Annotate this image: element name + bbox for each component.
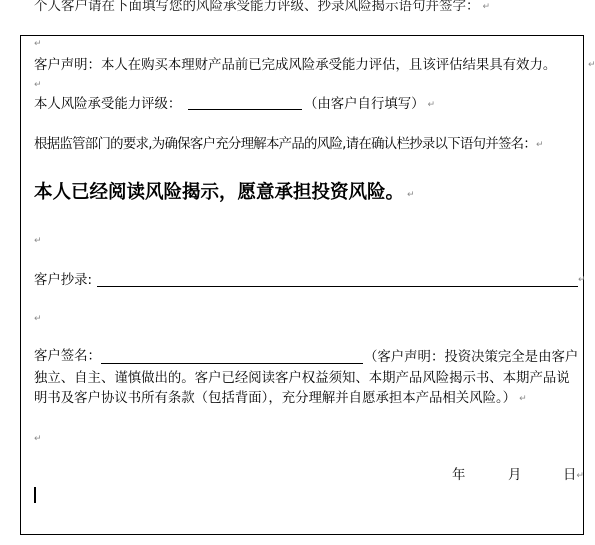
date-day-label: 日 xyxy=(563,468,576,483)
declaration-text: 客户声明：本人在购买本理财产品前已完成风险承受能力评估，且该评估结果具有效力。 xyxy=(34,58,556,73)
date-month: 月 xyxy=(508,467,521,485)
paragraph-mark-icon: ↵ xyxy=(483,2,491,12)
paragraph-mark-icon: ↵ xyxy=(519,394,527,404)
risk-statement-heading: 本人已经阅读风险揭示，愿意承担投资风险。↵ xyxy=(34,181,415,207)
risk-rating-label: 本人风险承受能力评级： xyxy=(34,97,181,112)
paragraph-mark-icon: ↵ xyxy=(578,275,586,285)
risk-rating-row: 本人风险承受能力评级： xyxy=(34,96,181,114)
paragraph-mark-icon: ↵ xyxy=(34,236,42,246)
paragraph-mark-icon: ↵ xyxy=(407,190,415,200)
copy-label: 客户抄录: xyxy=(34,273,92,288)
date-year: 年 xyxy=(452,467,465,485)
text-cursor[interactable] xyxy=(34,487,36,503)
copy-row: 客户抄录: xyxy=(34,272,92,290)
paragraph-mark-icon: ↵ xyxy=(34,314,42,324)
risk-rating-note: （由客户自行填写） xyxy=(304,97,425,112)
risk-rating-note-row: （由客户自行填写）↵ xyxy=(304,96,435,114)
paragraph-mark-icon: ↵ xyxy=(588,60,595,70)
date-day: 日↵ xyxy=(563,467,584,485)
regulatory-instruction: 根据监管部门的要求,为确保客户充分理解本产品的风险,请在确认栏抄录以下语句并签名… xyxy=(34,136,543,154)
risk-rating-field[interactable] xyxy=(188,109,302,110)
risk-statement-text: 本人已经阅读风险揭示，愿意承担投资风险。 xyxy=(34,182,404,203)
signature-declaration-text: （客户声明：投资决策完全是由客户独立、自主、谨慎做出的。客户已经阅读客户权益须知… xyxy=(34,350,578,406)
intro-text: 个人客户请在下面填写您的风险承受能力评级、抄录风险揭示语句并签字：↵ xyxy=(34,0,490,16)
date-month-label: 月 xyxy=(508,468,521,483)
customer-declaration: 客户声明：本人在购买本理财产品前已完成风险承受能力评估，且该评估结果具有效力。 xyxy=(34,57,556,75)
date-year-label: 年 xyxy=(452,468,465,483)
paragraph-mark-icon: ↵ xyxy=(34,39,42,49)
paragraph-mark-icon: ↵ xyxy=(576,471,584,481)
paragraph-mark-icon: ↵ xyxy=(34,80,42,90)
intro-label: 个人客户请在下面填写您的风险承受能力评级、抄录风险揭示语句并签字： xyxy=(34,0,480,14)
copy-field[interactable] xyxy=(97,286,578,287)
paragraph-mark-icon: ↵ xyxy=(428,100,436,110)
paragraph-mark-icon: ↵ xyxy=(34,434,42,444)
regulatory-instruction-text: 根据监管部门的要求,为确保客户充分理解本产品的风险,请在确认栏抄录以下语句并签名… xyxy=(34,137,536,152)
signature-declaration: （客户声明：投资决策完全是由客户独立、自主、谨慎做出的。客户已经阅读客户权益须知… xyxy=(34,348,582,410)
paragraph-mark-icon: ↵ xyxy=(536,140,543,150)
